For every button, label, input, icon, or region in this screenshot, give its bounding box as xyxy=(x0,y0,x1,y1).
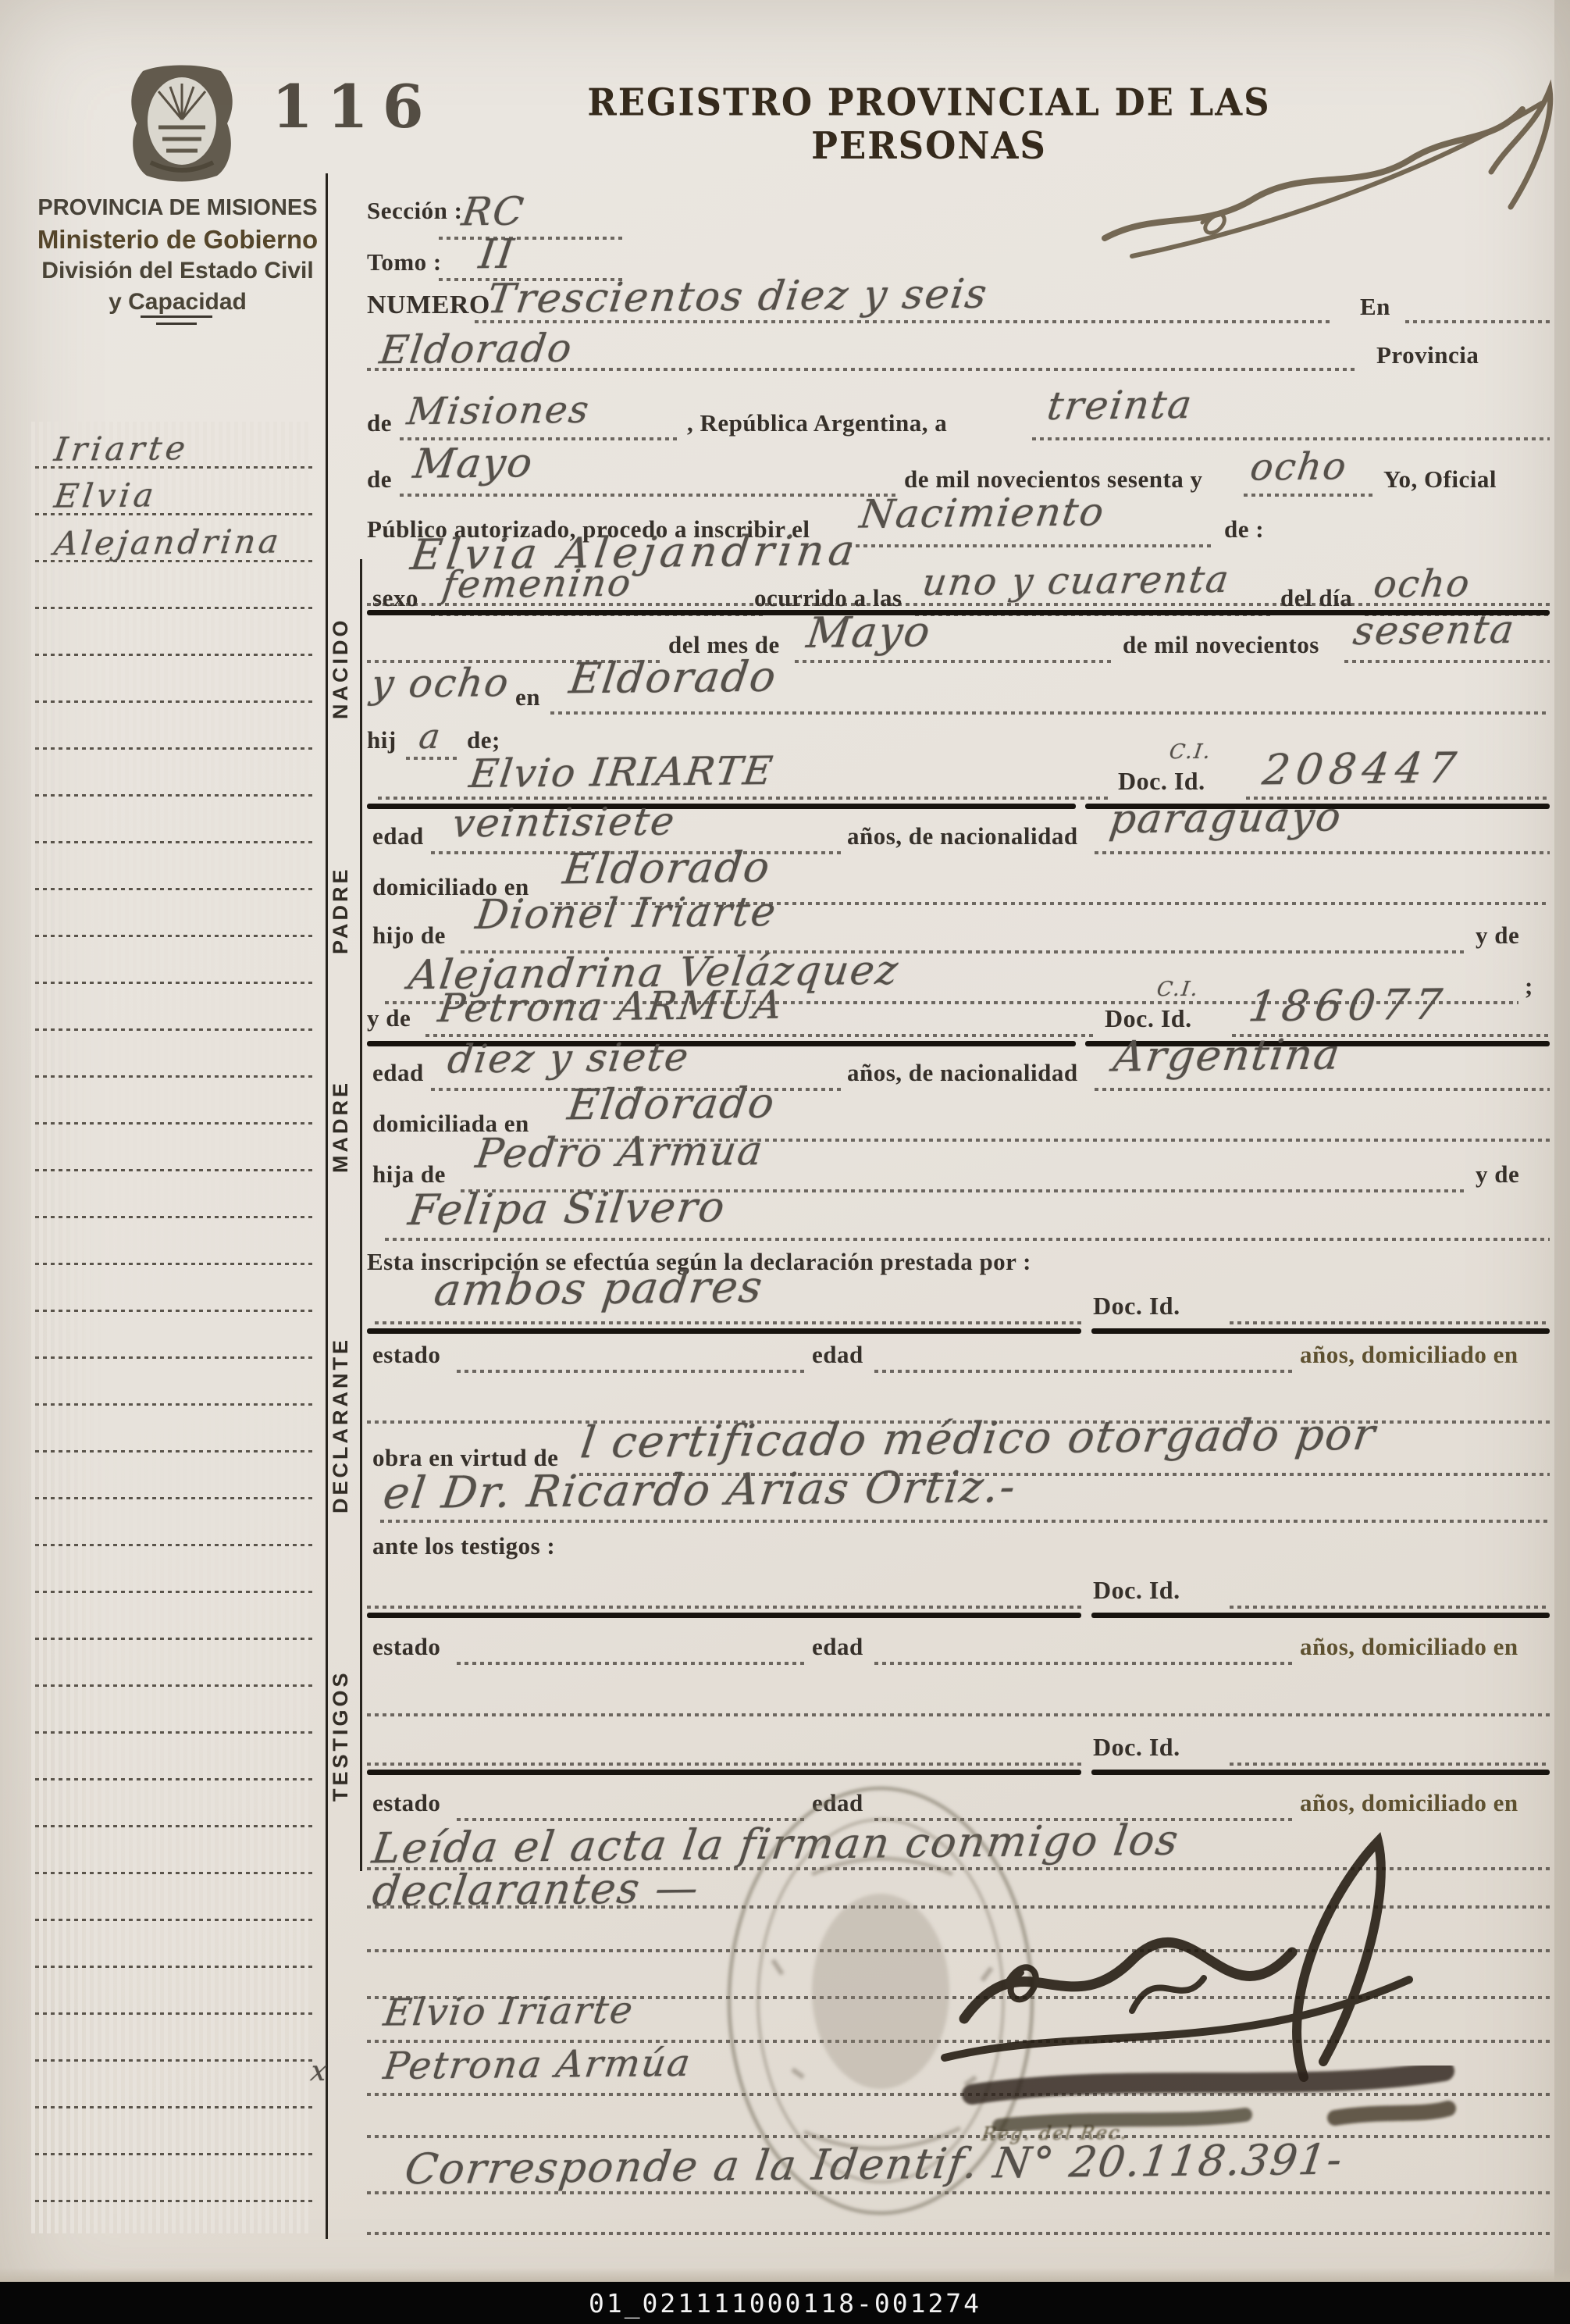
margin-given-name-2: Alejandrina xyxy=(52,522,284,562)
padre-nac-line xyxy=(1095,851,1550,854)
scan-edge-right xyxy=(1554,0,1570,2324)
testigo2-nombre-line xyxy=(367,1763,1081,1766)
mes-value-nacido: Mayo xyxy=(804,607,935,658)
madre-doc-value: 186077 xyxy=(1246,980,1451,1032)
testigo2-estado-label: estado xyxy=(372,1789,440,1817)
anio-line xyxy=(1244,494,1375,497)
org-line-ministry: Ministerio de Gobierno xyxy=(31,225,324,255)
form-left-divider xyxy=(326,173,328,2239)
declarante-doc-label: Doc. Id. xyxy=(1093,1292,1180,1321)
testigo1-edad-label: edad xyxy=(812,1633,863,1661)
section-label-nacido: NACIDO xyxy=(329,600,353,736)
org-line-province: PROVINCIA DE MISIONES xyxy=(31,195,324,221)
de3-label: de : xyxy=(1224,515,1264,544)
madre-nac-label: años, de nacionalidad xyxy=(847,1059,1078,1087)
testigo1-dom-label: años, domiciliado en xyxy=(1300,1633,1518,1661)
de2-label: de xyxy=(367,465,392,494)
madre-hija-label: hija de xyxy=(372,1160,446,1189)
provincial-seal-icon xyxy=(127,65,237,182)
testigo1-estado-label: estado xyxy=(372,1633,440,1661)
padre-edad-value: veintisiete xyxy=(450,799,678,847)
declarante-dom-label: años, domiciliado en xyxy=(1300,1341,1518,1369)
lugar-value: Eldorado xyxy=(377,326,575,373)
madre-doc-label: Doc. Id. xyxy=(1105,1004,1192,1033)
mil-label-nacido: de mil novecientos xyxy=(1123,631,1319,659)
lugar-value-nacido: Eldorado xyxy=(567,652,780,704)
madre-nombre: Petrona ARMUA xyxy=(436,982,786,1032)
testigo2-doc-line xyxy=(1230,1763,1550,1766)
acto-value: Nacimiento xyxy=(857,489,1108,536)
blank-line-4 xyxy=(367,2232,1550,2235)
official-signature xyxy=(898,1820,1468,2163)
madre-nac-value: Argentina xyxy=(1111,1029,1344,1081)
hij-label: hij xyxy=(367,726,397,754)
org-line-division: División del Estado Civil xyxy=(31,258,324,284)
padre-nac-label: años, de nacionalidad xyxy=(847,822,1078,850)
declarante-estado-line xyxy=(457,1370,804,1373)
madre-edad-label: edad xyxy=(372,1059,424,1087)
firma-padre: Elvio Iriarte xyxy=(381,1988,636,2034)
mes-line xyxy=(400,494,895,497)
archive-footer-bar: 01_021111000118-001274 xyxy=(0,2282,1570,2324)
declarante-edad-line xyxy=(874,1370,1292,1373)
padre-nombre: Elvio IRIARTE xyxy=(467,748,777,797)
madre-abuela-value: Felipa Silvero xyxy=(406,1182,729,1235)
dia-value: treinta xyxy=(1045,382,1195,429)
declarante-por-value: ambos padres xyxy=(431,1262,766,1316)
madre-ci-sup: C.I. xyxy=(1155,978,1201,1002)
de-label-nacido: de; xyxy=(467,726,500,754)
anio-value: ocho xyxy=(1248,444,1350,489)
declarante-heavy-r xyxy=(1091,1328,1550,1334)
madre-yde-label: y de xyxy=(367,1004,411,1032)
section-label-testigos: TESTIGOS xyxy=(329,1644,353,1827)
sexo-value: femenino xyxy=(440,561,635,608)
padre-semicolon: ; xyxy=(1525,972,1533,1000)
testigo1-doc-line xyxy=(1230,1606,1550,1609)
padre-edad-label: edad xyxy=(372,822,424,850)
testigo2-dom-label: años, domiciliado en xyxy=(1300,1789,1518,1817)
testigos-blank-line xyxy=(367,1713,1550,1716)
sidebar-divider-2 xyxy=(156,323,197,325)
scanned-birth-certificate: 116 REGISTRO PROVINCIAL DE LAS PERSONAS … xyxy=(0,0,1570,2324)
de1-label: de xyxy=(367,409,392,437)
dia-value-nacido: ocho xyxy=(1371,561,1473,606)
en-line xyxy=(1405,320,1550,323)
declarante-estado-label: estado xyxy=(372,1341,440,1369)
madre-abuela-line xyxy=(385,1238,1550,1241)
tomo-value: II xyxy=(476,231,518,278)
madre-nac-line xyxy=(1095,1088,1550,1091)
section-label-madre: MADRE xyxy=(329,1070,353,1183)
testigo1-doc-label: Doc. Id. xyxy=(1093,1576,1180,1605)
section-label-padre: PADRE xyxy=(329,850,353,971)
handwritten-annotation xyxy=(1085,55,1561,289)
anio-value1-nacido: sesenta xyxy=(1351,607,1518,654)
padre-nombre-line xyxy=(378,797,1108,800)
margin-given-name-1: Elvia xyxy=(52,476,160,515)
acta-text2: declarantes — xyxy=(370,1863,703,1916)
padre-ci-sup: C.I. xyxy=(1168,740,1213,765)
org-line-capacity: y Capacidad xyxy=(31,289,324,315)
testigo1-edad-line xyxy=(874,1662,1292,1665)
seccion-line xyxy=(439,237,626,240)
tomo-label: Tomo : xyxy=(367,248,442,276)
margin-surname: Iriarte xyxy=(52,429,192,469)
padre-dom-value: Eldorado xyxy=(561,843,774,894)
acto-line xyxy=(848,544,1215,547)
numero-label: NUMERO xyxy=(367,290,490,320)
declarante-doc-line xyxy=(1230,1321,1550,1324)
padre-doc-label: Doc. Id. xyxy=(1118,767,1205,796)
republica-label: , República Argentina, a xyxy=(687,409,947,437)
oficial-label: Yo, Oficial xyxy=(1383,465,1497,494)
testigos-intro-label: ante los testigos : xyxy=(372,1532,555,1560)
testigo1-heavy-l xyxy=(367,1613,1081,1618)
anio-line-nacido xyxy=(1344,660,1550,663)
testigo1-heavy-r xyxy=(1091,1613,1550,1618)
dia-label-nacido: del día xyxy=(1280,584,1352,612)
section-label-declarante: DECLARANTE xyxy=(329,1312,353,1538)
obra-line2 xyxy=(380,1520,1550,1523)
obra-value2: el Dr. Ricardo Arias Ortiz.- xyxy=(380,1462,1020,1519)
lugar-line-nacido xyxy=(550,711,1550,715)
testigo1-estado-line xyxy=(457,1662,804,1665)
declarante-edad-label: edad xyxy=(812,1341,863,1369)
padre-hijo-label: hijo de xyxy=(372,921,446,950)
declarante-heavy-l xyxy=(367,1328,1081,1334)
hora-value: uno y cuarenta xyxy=(920,558,1233,604)
padre-yde-label: y de xyxy=(1476,921,1519,950)
padre-nac-value: paraguayo xyxy=(1107,793,1345,843)
declarante-por-line xyxy=(375,1321,1081,1324)
seccion-value: RC xyxy=(459,189,528,235)
madre-dom-value: Eldorado xyxy=(565,1078,778,1130)
archive-code: 01_021111000118-001274 xyxy=(589,2288,981,2319)
en-label-nacido: en xyxy=(515,683,540,711)
scan-edge-bottom xyxy=(0,2268,1570,2282)
provincia-value: Misiones xyxy=(404,388,593,433)
madre-edad-value: diez y siete xyxy=(445,1034,692,1082)
margin-ruled-lines xyxy=(31,422,312,2233)
sidebar-divider xyxy=(141,315,212,318)
section-bracket-line xyxy=(360,559,362,1871)
obra-value1: l certificado médico otorgado por xyxy=(578,1410,1380,1469)
padre-abuelo-value: Dionel Iriarte xyxy=(473,889,780,939)
mes-line-nacido xyxy=(795,660,1115,663)
padre-doc-value: 208447 xyxy=(1260,743,1465,795)
act-number-stamp: 116 xyxy=(272,72,438,141)
madre-abuelo-value: Pedro Armua xyxy=(473,1128,767,1178)
numero-value: Trescientos diez y seis xyxy=(485,271,991,323)
testigo2-doc-label: Doc. Id. xyxy=(1093,1733,1180,1762)
testigo2-heavy-l xyxy=(367,1770,1081,1775)
seccion-label: Sección : xyxy=(367,197,462,225)
genero-value: a xyxy=(417,717,444,757)
en-label: En xyxy=(1360,293,1390,321)
dia-line xyxy=(1032,437,1550,440)
firma-madre: Petrona Armúa xyxy=(381,2041,694,2088)
genero-line xyxy=(406,757,459,760)
provincia-label: Provincia xyxy=(1376,341,1479,369)
testigo2-heavy-r xyxy=(1091,1770,1550,1775)
anio-value2-nacido: y ocho xyxy=(368,660,512,707)
sexo-label: sexo xyxy=(372,584,418,612)
provincia-line xyxy=(400,437,681,440)
madre-yde2-label: y de xyxy=(1476,1160,1519,1189)
testigo1-nombre-line xyxy=(367,1606,1081,1609)
mes-value: Mayo xyxy=(411,440,536,488)
